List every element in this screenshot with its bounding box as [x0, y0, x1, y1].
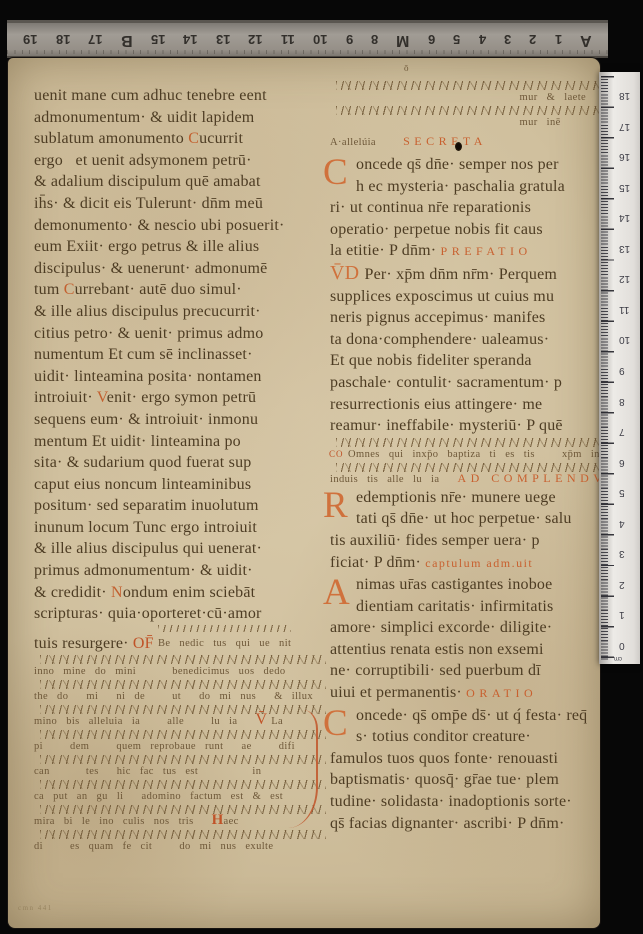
line-text: demonumento· & nescio ubi posuerit·	[34, 217, 285, 234]
chant-line: inno mine do mini benedicimus uos dedo	[34, 655, 328, 679]
line-text: ta dona·comphendere· ualeamus·	[330, 331, 549, 348]
line-text: numentum Et cum sē inclinasset·	[34, 346, 253, 363]
line-text: & credidit·	[34, 584, 111, 601]
text-line: Et que nobis fideliter speranda	[330, 350, 608, 372]
line-text: eum Exiit· ergo petrus & ille alius	[34, 238, 259, 255]
chant-line: mur & laete	[330, 81, 608, 105]
line-text: s· totius conditor creature·	[356, 728, 531, 745]
text-line: discipulus· & uenerunt· admonumē	[34, 258, 328, 280]
chant-line: mur inē	[330, 106, 608, 130]
line-text: oncede qs̄ dn̄e· semper nos per	[356, 156, 559, 173]
text-line: h ec mysteria· paschalia gratula	[330, 176, 608, 198]
text-line: tuis resurgere· OF̄ Be nedic tus qui ue …	[34, 625, 328, 655]
chant-line: pi dem quem reprobaue runt ae difi	[34, 730, 328, 754]
ruler-number: 5	[619, 487, 625, 498]
text-line: baptismatis· quosq̄· gr̄ae tue· plem	[330, 769, 608, 791]
stray-mark: ō	[404, 63, 409, 73]
chant-text: inno mine do mini benedicimus uos dedo	[34, 666, 286, 677]
scale-label: 2	[529, 32, 536, 47]
text-line: & ille alius discipulus qui uenerat·	[34, 538, 328, 560]
text-line: tudine· solidasta· inadoptionis sorte·	[330, 791, 608, 813]
text-line: uiui et permanentis· ORATIO	[330, 682, 608, 705]
ruler-number: 13	[619, 243, 630, 254]
ruler-number: 1	[619, 609, 625, 620]
ruler-number: 3	[619, 548, 625, 559]
line-text: discipulus· & uenerunt· admonumē	[34, 260, 267, 277]
chant-text: pi dem quem reprobaue runt ae difi	[34, 741, 295, 752]
scale-label: 6	[428, 32, 435, 47]
text-line: uidit· linteamina posita· nontamen	[34, 366, 328, 388]
left-text-column: uenit mane cum adhuc tenebre eentadmonum…	[34, 85, 328, 854]
line-text: reamur· ineffabile· mysteriū· P quē	[330, 417, 563, 434]
text-line: Animas ur̄as castigantes inoboe	[330, 574, 608, 596]
line-text: & ille alius discipulus precucurrit·	[34, 303, 261, 320]
text-line: caput eius noncum linteaminibus	[34, 474, 328, 496]
line-text: ondum enim sciebāt	[123, 584, 255, 601]
line-text: edemptionis nr̄e· munere uege	[356, 489, 556, 506]
text-line: & ille alius discipulus precucurrit·	[34, 301, 328, 323]
text-line: Redemptionis nr̄e· munere uege	[330, 487, 608, 509]
rubric-heading: ORATIO	[466, 686, 537, 700]
scale-label: 19	[23, 32, 37, 47]
chant-text: mira bi le ino culis nos tris	[34, 816, 212, 827]
line-text: uenit mane cum adhuc tenebre eent	[34, 87, 267, 104]
line-text: baptismatis· quosq̄· gr̄ae tue· plem	[330, 771, 559, 788]
ruler-number: 0	[619, 640, 625, 651]
ruler-number: 11	[619, 304, 629, 315]
chant-text: mur & laete	[330, 92, 586, 103]
line-text: ri· ut continua nr̄e reparationis	[330, 199, 531, 216]
rubric-heading: PREFATIO	[441, 244, 532, 258]
line-text: attentius renata estis non exsemi	[330, 641, 544, 658]
text-line: resurrectionis eius attingere· me	[330, 394, 608, 416]
text-line: amore· simplici excorde· diligite·	[330, 617, 608, 639]
line-text: sequens eum· & introiuit· inmonu	[34, 411, 258, 428]
vd-monogram: V̄D	[330, 262, 365, 284]
line-text: ne· corruptibili· sed puerbum dī	[330, 662, 541, 679]
text-line: uenit mane cum adhuc tenebre eent	[34, 85, 328, 107]
line-text: inunum locum Tunc ergo introiuit	[34, 519, 257, 536]
text-line: operatio· perpetue nobis fit caus	[330, 219, 608, 241]
ruler-number: 14	[619, 212, 630, 223]
scale-label: 4	[479, 32, 486, 47]
scale-label: A	[580, 31, 592, 49]
chant-text: Be nedic tus qui ue nit	[158, 625, 291, 655]
line-text: oncede· qs̄ omp̄e ds̄· ut q́ festa· req̄	[356, 707, 587, 724]
rubric-heading: SECRETA	[403, 134, 487, 148]
text-line: Concede qs̄ dn̄e· semper nos per	[330, 154, 608, 176]
line-text: paschale· contulit· sacramentum· p	[330, 374, 562, 391]
text-line: numentum Et cum sē inclinasset·	[34, 344, 328, 366]
text-line: ri· ut continua nr̄e reparationis	[330, 197, 608, 219]
rubric-mark: OF̄	[133, 635, 158, 652]
rubric-heading: AD COMPLENDVM	[457, 471, 621, 485]
text-line: introiuit· Venit· ergo symon petrū	[34, 387, 328, 409]
line-text: famulos tuos quos fonte· renouasti	[330, 750, 558, 767]
accent-letter: N	[111, 584, 123, 601]
rubric-initial: H	[212, 812, 224, 828]
line-text: operatio· perpetue nobis fit caus	[330, 221, 543, 238]
line-text: uidit· linteamina posita· nontamen	[34, 368, 262, 385]
text-line: ficiat· P dn̄m· captulum adm.uit	[330, 552, 608, 575]
text-line: sublatum amonumento Cucurrit	[34, 128, 328, 150]
line-text: qs̄ facias dignanter· ascribi· P dn̄m·	[330, 815, 565, 832]
line-text: tum	[34, 281, 64, 298]
text-line: ta dona·comphendere· ualeamus·	[330, 329, 608, 351]
text-line: tum Currebant· autē duo simul·	[34, 279, 328, 301]
line-text: admonumentum· & uidit lapidem	[34, 109, 254, 126]
line-text: nimas ur̄as castigantes inoboe	[356, 576, 552, 593]
chant-text: mino bis alleluia ia alle lu ia	[34, 716, 256, 727]
scale-label: 9	[346, 32, 353, 47]
line-text: resurrectionis eius attingere· me	[330, 396, 542, 413]
ruler-number: 7	[619, 426, 625, 437]
text-line: eum Exiit· ergo petrus & ille alius	[34, 236, 328, 258]
scale-label: 17	[88, 32, 102, 47]
line-text: amore· simplici excorde· diligite·	[330, 619, 552, 636]
scale-label: B	[121, 31, 133, 49]
line-text: supplices exposcimus ut cuius mu	[330, 288, 554, 305]
line-text: ih̄s· & dicit eis Tulerunt· dn̄m meū	[34, 195, 263, 212]
ruler-number: 16	[619, 151, 630, 162]
scale-label: 8	[371, 32, 378, 47]
chant-text: mur inē	[330, 117, 561, 128]
ruler-number: 4	[619, 518, 625, 529]
scale-label: 10	[313, 32, 327, 47]
wormhole	[455, 142, 462, 151]
scale-label: 1	[555, 32, 562, 47]
rubric-heading-line: A·allelúia SECRETA	[330, 130, 608, 154]
text-line: sequens eum· & introiuit· inmonu	[34, 409, 328, 431]
line-text: mentum Et uidit· linteamina po	[34, 433, 241, 450]
rubric-mark: V̄	[256, 711, 272, 728]
ruler-number: 12	[619, 273, 630, 284]
chant-line: mira bi le ino culis nos tris Haec	[34, 805, 328, 829]
line-text: & adalium discipulum quē amabat	[34, 173, 261, 190]
manuscript-page: uenit mane cum adhuc tenebre eentadmonum…	[8, 58, 600, 928]
text-line: tati qs̄ dn̄e· ut hoc perpetue· salu	[330, 508, 608, 530]
line-text: caput eius noncum linteaminibus	[34, 476, 251, 493]
right-text-column: mur & laete mur inēA·allelúia SECRETACon…	[330, 80, 608, 834]
line-text: tis auxiliū· fides semper uera· p	[330, 532, 540, 549]
accent-letter: V	[97, 389, 107, 406]
chant-text: ca put an gu li adomino factum est & est	[34, 791, 283, 802]
ruler-unit-label: cm	[614, 655, 622, 661]
text-line: dientiam caritatis· infirmitatis	[330, 596, 608, 618]
line-text: positum· sed separatim inuolutum	[34, 497, 259, 514]
line-text: ucurrit	[199, 130, 243, 147]
chant-line: induis tis alle lu ia AD COMPLENDVM	[330, 463, 608, 487]
ruler-number: 17	[619, 121, 630, 132]
ruler-number: 10	[619, 334, 630, 345]
ruler-number: 2	[619, 579, 625, 590]
chant-text: aec	[224, 816, 239, 827]
top-scale-bar: 191817B15141312111098M654321A	[7, 20, 608, 58]
line-text: urrebant· autē duo simul·	[75, 281, 242, 298]
scale-label: 11	[281, 32, 295, 47]
text-line: ergo et uenit adsymonem petrū·	[34, 150, 328, 172]
text-line: primus admonumentum· & uidit·	[34, 560, 328, 582]
scale-label: 18	[56, 32, 70, 47]
chant-text: can tes hic fac tus est in	[34, 766, 261, 777]
text-line: sita· & sudarium quod fuerat sup	[34, 452, 328, 474]
line-text: h ec mysteria· paschalia gratula	[356, 178, 565, 195]
line-text: primus admonumentum· & uidit·	[34, 562, 253, 579]
ruler-number: 8	[619, 396, 625, 407]
text-line: reamur· ineffabile· mysteriū· P quē	[330, 415, 608, 437]
chant-text: di es quam fe cit do mi nus exulte	[34, 841, 273, 852]
line-text: ficiat· P dn̄m·	[330, 554, 425, 571]
text-line: Concede· qs̄ omp̄e ds̄· ut q́ festa· req…	[330, 705, 608, 727]
chant-line: CO Omnes qui inxp̄o baptiza ti es tis xp…	[330, 438, 608, 462]
scale-label: M	[396, 31, 409, 49]
ruler-number: 6	[619, 457, 625, 468]
ruler-number: 9	[619, 365, 625, 376]
line-text: dientiam caritatis· infirmitatis	[356, 598, 553, 615]
chant-text: Omnes qui inxp̄o baptiza ti es tis xp̄m …	[330, 449, 611, 460]
line-text: Per· xp̄m dn̄m nr̄m· Perquem	[365, 266, 558, 283]
accent-letter: C	[188, 130, 199, 147]
scale-label: 5	[453, 32, 460, 47]
accent-letter: C	[64, 281, 75, 298]
ruler-number: 15	[619, 182, 630, 193]
chant-text: induis tis alle lu ia	[330, 474, 457, 485]
text-line: inunum locum Tunc ergo introiuit	[34, 517, 328, 539]
line-text: neris pignus accepimus· manifes	[330, 309, 545, 326]
line-text: ergo et uenit adsymonem petrū·	[34, 152, 252, 169]
chant-line: ca put an gu li adomino factum est & est	[34, 780, 328, 804]
text-line: tis auxiliū· fides semper uera· p	[330, 530, 608, 552]
text-line: ih̄s· & dicit eis Tulerunt· dn̄m meū	[34, 193, 328, 215]
line-text: tudine· solidasta· inadoptionis sorte·	[330, 793, 572, 810]
text-line: neris pignus accepimus· manifes	[330, 307, 608, 329]
text-line: & credidit· Nondum enim sciebāt	[34, 582, 328, 604]
line-text: introiuit·	[34, 389, 97, 406]
chant-line: mino bis alleluia ia alle lu ia V̄ La	[34, 705, 328, 729]
text-line: demonumento· & nescio ubi posuerit·	[34, 215, 328, 237]
line-text: scripturas· quia·oporteret·cū·amor	[34, 605, 262, 622]
side-ruler: 1817161514131211109876543210cm	[599, 72, 640, 664]
ruler-number: 18	[619, 90, 630, 101]
chant-text: A·allelúia	[330, 137, 403, 148]
text-line: positum· sed separatim inuolutum	[34, 495, 328, 517]
text-line: V̄D Per· xp̄m dn̄m nr̄m· Perquem	[330, 263, 608, 286]
text-line: attentius renata estis non exsemi	[330, 639, 608, 661]
text-line: mentum Et uidit· linteamina po	[34, 431, 328, 453]
scale-label: 14	[183, 32, 197, 47]
scale-label: 12	[248, 32, 262, 47]
text-line: citius petro· & uenit· primus admo	[34, 323, 328, 345]
rubric-heading: captulum adm.uit	[425, 556, 533, 570]
line-text: & ille alius discipulus qui uenerat·	[34, 540, 262, 557]
text-line: famulos tuos quos fonte· renouasti	[330, 748, 608, 770]
line-text: tati qs̄ dn̄e· ut hoc perpetue· salu	[356, 510, 572, 527]
text-line: paschale· contulit· sacramentum· p	[330, 372, 608, 394]
text-line: supplices exposcimus ut cuius mu	[330, 286, 608, 308]
scale-label: 15	[151, 32, 165, 47]
text-line: scripturas· quia·oporteret·cū·amor	[34, 603, 328, 625]
scale-label: 3	[504, 32, 511, 47]
line-text: sita· & sudarium quod fuerat sup	[34, 454, 251, 471]
chant-line: the do mi ni de ut do mi nus & illux	[34, 680, 328, 704]
chant-line: di es quam fe cit do mi nus exulte	[34, 830, 328, 854]
text-line: & adalium discipulum quē amabat	[34, 171, 328, 193]
scale-label: 13	[216, 32, 230, 47]
chant-text: the do mi ni de ut do mi nus & illux	[34, 691, 313, 702]
text-line: ne· corruptibili· sed puerbum dī	[330, 660, 608, 682]
line-text: citius petro· & uenit· primus admo	[34, 325, 263, 342]
text-line: s· totius conditor creature·	[330, 726, 608, 748]
line-text: la etitie· P dn̄m·	[330, 242, 441, 259]
line-text: enit· ergo symon petrū	[107, 389, 256, 406]
text-line: admonumentum· & uidit lapidem	[34, 107, 328, 129]
line-text: Et que nobis fideliter speranda	[330, 352, 532, 369]
chant-line: can tes hic fac tus est in	[34, 755, 328, 779]
line-text: uiui et permanentis·	[330, 684, 466, 701]
line-text: tuis resurgere·	[34, 635, 133, 652]
line-text: sublatum amonumento	[34, 130, 188, 147]
text-line: qs̄ facias dignanter· ascribi· P dn̄m·	[330, 813, 608, 835]
chant-text: La	[271, 716, 283, 727]
text-line: la etitie· P dn̄m· PREFATIO	[330, 240, 608, 263]
corner-inscription: cmn 441	[18, 904, 53, 912]
